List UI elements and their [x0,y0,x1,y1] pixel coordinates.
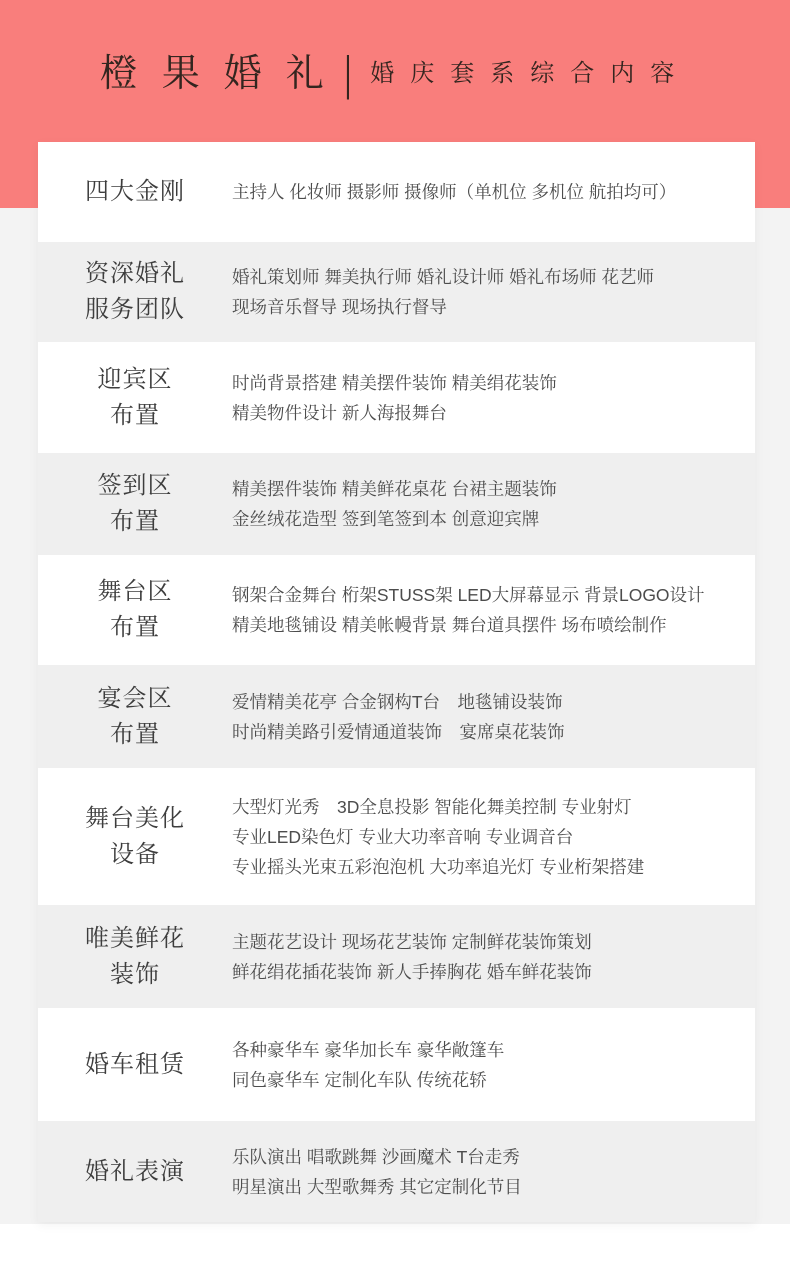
category-items: 钢架合金舞台 桁架STUSS架 LED大屏幕显示 背景LOGO设计 精美地毯铺设… [232,580,755,640]
category-items: 乐队演出 唱歌跳舞 沙画魔术 T台走秀 明星演出 大型歌舞秀 其它定制化节目 [232,1142,755,1202]
category-label: 舞台美化 设备 [38,801,232,873]
table-row: 唯美鲜花 装饰主题花艺设计 现场花艺装饰 定制鲜花装饰策划 鲜花绢花插花装饰 新… [38,905,755,1008]
category-label: 婚礼表演 [38,1154,232,1190]
package-table: 四大金刚主持人 化妆师 摄影师 摄像师（单机位 多机位 航拍均可）资深婚礼 服务… [38,142,755,1222]
category-label: 婚车租赁 [38,1047,232,1083]
category-items: 婚礼策划师 舞美执行师 婚礼设计师 婚礼布场师 花艺师 现场音乐督导 现场执行督… [232,262,755,322]
table-row: 舞台区 布置钢架合金舞台 桁架STUSS架 LED大屏幕显示 背景LOGO设计 … [38,555,755,665]
header-title-group: 橙果婚礼 | 婚庆套系综合内容 [100,46,690,102]
category-label: 唯美鲜花 装饰 [38,921,232,993]
table-row: 四大金刚主持人 化妆师 摄影师 摄像师（单机位 多机位 航拍均可） [38,142,755,242]
table-row: 宴会区 布置爱情精美花亭 合金钢构T台 地毯铺设装饰 时尚精美路引爱情通道装饰 … [38,665,755,768]
title-divider: | [344,45,352,103]
table-row: 婚车租赁各种豪华车 豪华加长车 豪华敞篷车 同色豪华车 定制化车队 传统花轿 [38,1008,755,1121]
category-items: 大型灯光秀 3D全息投影 智能化舞美控制 专业射灯 专业LED染色灯 专业大功率… [232,792,755,882]
wedding-package-poster: 橙果婚礼 | 婚庆套系综合内容 四大金刚主持人 化妆师 摄影师 摄像师（单机位 … [0,0,790,1262]
table-row: 婚礼表演乐队演出 唱歌跳舞 沙画魔术 T台走秀 明星演出 大型歌舞秀 其它定制化… [38,1121,755,1222]
category-items: 爱情精美花亭 合金钢构T台 地毯铺设装饰 时尚精美路引爱情通道装饰 宴席桌花装饰 [232,687,755,747]
header-subtitle: 婚庆套系综合内容 [370,46,690,102]
table-row: 舞台美化 设备大型灯光秀 3D全息投影 智能化舞美控制 专业射灯 专业LED染色… [38,768,755,905]
category-items: 主题花艺设计 现场花艺装饰 定制鲜花装饰策划 鲜花绢花插花装饰 新人手捧胸花 婚… [232,927,755,987]
table-row: 资深婚礼 服务团队婚礼策划师 舞美执行师 婚礼设计师 婚礼布场师 花艺师 现场音… [38,242,755,342]
category-label: 资深婚礼 服务团队 [38,256,232,328]
category-label: 签到区 布置 [38,468,232,540]
category-label: 舞台区 布置 [38,574,232,646]
category-items: 时尚背景搭建 精美摆件装饰 精美绢花装饰 精美物件设计 新人海报舞台 [232,368,755,428]
category-label: 宴会区 布置 [38,681,232,753]
category-label: 四大金刚 [38,174,232,210]
brand-title: 橙果婚礼 [100,46,348,102]
category-items: 各种豪华车 豪华加长车 豪华敞篷车 同色豪华车 定制化车队 传统花轿 [232,1035,755,1095]
category-items: 主持人 化妆师 摄影师 摄像师（单机位 多机位 航拍均可） [232,177,755,207]
category-items: 精美摆件装饰 精美鲜花桌花 台裙主题装饰 金丝绒花造型 签到笔签到本 创意迎宾牌 [232,474,755,534]
category-label: 迎宾区 布置 [38,362,232,434]
table-row: 迎宾区 布置时尚背景搭建 精美摆件装饰 精美绢花装饰 精美物件设计 新人海报舞台 [38,342,755,453]
table-row: 签到区 布置精美摆件装饰 精美鲜花桌花 台裙主题装饰 金丝绒花造型 签到笔签到本… [38,453,755,555]
